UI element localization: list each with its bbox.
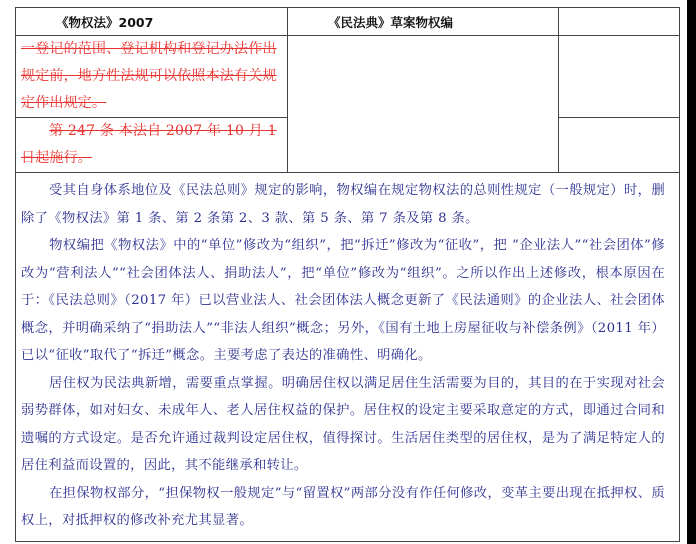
old-law-cell: 第 247 条 本法自 2007 年 10 月 1 日起施行。 xyxy=(16,118,288,173)
paragraph-text: 居住权为民法典新增，需要重点掌握。明确居住权以满足居住生活需要为目的，其目的在于… xyxy=(21,376,665,474)
commentary-paragraph: 受其自身体系地位及《民法总则》规定的影响，物权编在规定物权法的总则性规定（一般规… xyxy=(21,177,665,232)
paragraph-text: 物权编把《物权法》中的“单位”修改为“组织”，把“拆迁”修改为“征收”，把 “企… xyxy=(21,238,665,363)
header-new-code: 《民法典》草案物权编 xyxy=(288,8,559,36)
deleted-text: 一登记的范围、登记机构和登记办法作出规定前，地方性法规可以依照本法有关规定作出规… xyxy=(21,41,277,111)
old-law-cell: 一登记的范围、登记机构和登记办法作出规定前，地方性法规可以依照本法有关规定作出规… xyxy=(16,36,288,118)
paragraph-text: 受其自身体系地位及《民法总则》规定的影响，物权编在规定物权法的总则性规定（一般规… xyxy=(21,183,665,226)
header-notes xyxy=(559,8,680,36)
note-cell xyxy=(559,118,680,173)
commentary-row: 受其自身体系地位及《民法总则》规定的影响，物权编在规定物权法的总则性规定（一般规… xyxy=(16,173,680,542)
paragraph-text: 在担保物权部分，“担保物权一般规定”与“留置权”两部分没有作任何修改，变革主要出… xyxy=(21,486,665,529)
commentary-cell: 受其自身体系地位及《民法总则》规定的影响，物权编在规定物权法的总则性规定（一般规… xyxy=(16,173,680,542)
new-code-cell xyxy=(288,36,559,173)
commentary-paragraph: 居住权为民法典新增，需要重点掌握。明确居住权以满足居住生活需要为目的，其目的在于… xyxy=(21,370,665,480)
commentary-paragraph: 在担保物权部分，“担保物权一般规定”与“留置权”两部分没有作任何修改，变革主要出… xyxy=(21,480,665,535)
table-row: 一登记的范围、登记机构和登记办法作出规定前，地方性法规可以依照本法有关规定作出规… xyxy=(16,36,680,118)
header-old-law: 《物权法》2007 xyxy=(16,8,288,36)
table-header-row: 《物权法》2007 《民法典》草案物权编 xyxy=(16,8,680,36)
deleted-text: 第 247 条 本法自 2007 年 10 月 1 日起施行。 xyxy=(21,123,277,166)
commentary-paragraph: 物权编把《物权法》中的“单位”修改为“组织”，把“拆迁”修改为“征收”，把 “企… xyxy=(21,232,665,370)
comparison-table: 《物权法》2007 《民法典》草案物权编 一登记的范围、登记机构和登记办法作出规… xyxy=(15,7,680,542)
right-edge-black-strip xyxy=(687,0,696,544)
note-cell xyxy=(559,36,680,118)
